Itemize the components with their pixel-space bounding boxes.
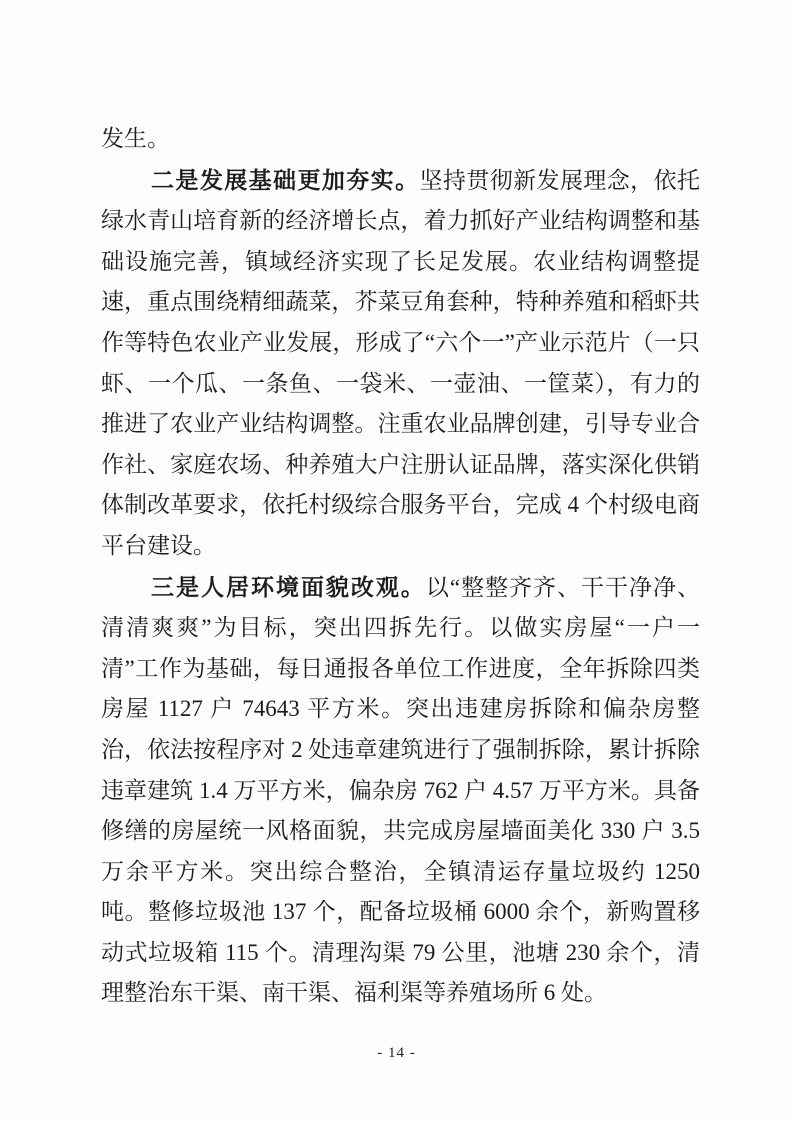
paragraph-section-two: 二是发展基础更加夯实。坚持贯彻新发展理念，依托绿水青山培育新的经济增长点，着力抓… <box>101 160 700 567</box>
paragraph-lead-text: 二是发展基础更加夯实。 <box>151 167 420 193</box>
paragraph-lead-text: 三是人居环境面貌改观。 <box>151 574 426 600</box>
paragraph-body-text: 以“整整齐齐、干干净净、清清爽爽”为目标，突出四拆先行。以做实房屋“一户一清”工… <box>101 575 700 1006</box>
paragraph-body-text: 发生。 <box>101 126 170 151</box>
paragraph-continuation: 发生。 <box>101 119 700 160</box>
paragraph-body-text: 坚持贯彻新发展理念，依托绿水青山培育新的经济增长点，着力抓好产业结构调整和基础设… <box>101 168 700 558</box>
paragraph-section-three: 三是人居环境面貌改观。以“整整齐齐、干干净净、清清爽爽”为目标，突出四拆先行。以… <box>101 567 700 1015</box>
page-number-label: - 14 - <box>377 1045 416 1061</box>
page-footer: - 14 - <box>0 1045 793 1062</box>
document-page: 发生。 二是发展基础更加夯实。坚持贯彻新发展理念，依托绿水青山培育新的经济增长点… <box>0 0 793 1122</box>
document-body: 发生。 二是发展基础更加夯实。坚持贯彻新发展理念，依托绿水青山培育新的经济增长点… <box>101 119 700 1014</box>
